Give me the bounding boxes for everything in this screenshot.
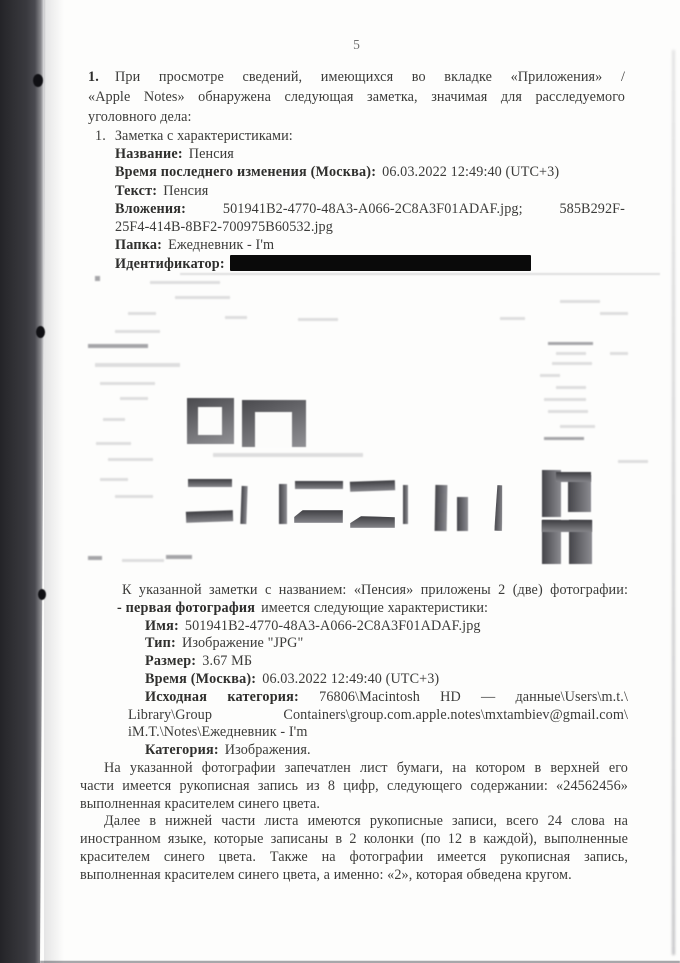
- scan-smudge: [548, 410, 588, 413]
- punch-hole: [33, 74, 43, 87]
- field-value: Ежедневник - I'm: [168, 237, 274, 253]
- attachment-file-1: 501941B2-4770-48A3-A066-2C8A3F01ADAF.jpg…: [223, 200, 523, 218]
- field-label: Категория:: [145, 742, 219, 758]
- intro-line: «Apple Notes» обнаружена следующая замет…: [88, 87, 625, 107]
- photo-glyph-fragment: [542, 520, 592, 532]
- scan-smudge: [122, 559, 164, 562]
- photo-glyph-fragment: [295, 481, 343, 489]
- intro-line: 1.При просмотре сведений, имеющихся во в…: [88, 67, 625, 87]
- path-part: Library\Group: [128, 707, 212, 725]
- scan-smudge: [544, 437, 584, 440]
- scan-smudge: [95, 276, 100, 281]
- scan-smudge: [548, 342, 593, 345]
- scan-smudge: [103, 418, 125, 421]
- scan-smudge: [552, 362, 592, 365]
- scan-smudge: [556, 352, 586, 355]
- field-label: Размер:: [145, 653, 196, 669]
- binder-shadow-band: [0, 0, 46, 963]
- list-title: Заметка с характеристиками:: [115, 128, 293, 144]
- photo-glyph-fragment: [556, 472, 591, 482]
- field-label: Идентификатор:: [115, 256, 225, 272]
- source-category-continuation: Library\GroupContainers\group.com.apple.…: [128, 707, 628, 725]
- field-label: Исходная категория:: [145, 689, 299, 705]
- redaction-bar: [230, 255, 531, 271]
- description-line: выполненная красителем синего цвета, а и…: [80, 867, 628, 885]
- field-label: Текст:: [115, 183, 157, 199]
- path-part: Containers\group.com.apple.notes\mxtambi…: [283, 707, 628, 725]
- scan-smudge: [610, 352, 628, 355]
- photo-glyph-fragment: [240, 486, 247, 524]
- photo-glyph-fragment: [435, 485, 448, 531]
- scan-smudge: [108, 458, 153, 461]
- paragraph-marker: 1.: [88, 69, 99, 85]
- embedded-photo-attachment: [42, 273, 680, 578]
- photo-glyph-fragment: [350, 516, 395, 528]
- photo-field-source-category: Исходная категория: 76806\Macintosh HD —…: [145, 689, 628, 707]
- lower-text-block: К указанной заметки с названием: «Пенсия…: [80, 582, 628, 885]
- page-number: 5: [88, 37, 625, 55]
- photo-field-time: Время (Москва):06.03.2022 12:49:40 (UTC+…: [145, 671, 628, 689]
- field-label: Тип:: [145, 635, 176, 651]
- photo-field-size: Размер:3.67 МБ: [145, 653, 628, 671]
- scan-smudge: [88, 556, 102, 560]
- field-value: 06.03.2022 12:49:40 (UTC+3): [262, 671, 439, 687]
- punch-hole: [38, 589, 46, 600]
- scan-smudge: [544, 398, 586, 401]
- field-label: Название:: [115, 146, 183, 162]
- first-photo-label: - первая фотография: [117, 600, 255, 616]
- scan-smudge: [560, 425, 595, 428]
- description-line: На указанной фотографии запечатлен лист …: [80, 760, 628, 778]
- photo-glyph-fragment: [350, 480, 395, 492]
- field-label: Время (Москва):: [145, 671, 256, 687]
- photo-glyph-fragment: [403, 485, 408, 524]
- note-field-modified: Время последнего изменения (Москва):06.0…: [115, 163, 625, 181]
- scan-smudge: [225, 316, 247, 319]
- scan-smudge: [128, 312, 156, 315]
- photo-glyph-fragment: [494, 485, 504, 531]
- upper-text-block: 5 1.При просмотре сведений, имеющихся во…: [88, 37, 625, 273]
- photo-glyph-fragment: [188, 479, 232, 487]
- scan-smudge: [175, 296, 230, 299]
- list-marker: 1.: [95, 128, 106, 144]
- field-value: Изображения.: [225, 742, 311, 758]
- photo-glyph-fragment: [294, 510, 343, 523]
- field-value: Изображение "JPG": [182, 635, 303, 651]
- description-line: Далее в нижней части листа имеются рукоп…: [80, 813, 628, 831]
- scan-smudge: [96, 442, 131, 445]
- photo-field-name: Имя:501941B2-4770-48A3-A066-2C8A3F01ADAF…: [145, 618, 628, 636]
- intro-text: При просмотре сведений, имеющихся во вкл…: [115, 69, 625, 85]
- scan-smudge: [166, 555, 192, 559]
- note-field-title: Название:Пенсия: [115, 145, 625, 163]
- field-value: Пенсия: [163, 183, 208, 199]
- description-line: выполненная красителем синего цвета.: [80, 796, 628, 814]
- scan-smudge: [120, 397, 148, 400]
- note-field-folder: Папка:Ежедневник - I'm: [115, 236, 625, 254]
- scan-smudge: [150, 281, 220, 284]
- photos-intro-line: - первая фотографияимеется следующие хар…: [117, 600, 628, 618]
- field-label: Вложения:: [115, 200, 186, 218]
- scan-smudge: [560, 300, 600, 303]
- scan-smudge: [115, 495, 153, 498]
- field-value: 3.67 МБ: [202, 653, 252, 669]
- photo-field-type: Тип:Изображение "JPG": [145, 635, 628, 653]
- scan-smudge: [213, 453, 363, 457]
- note-field-attachments: Вложения:501941B2-4770-48A3-A066-2C8A3F0…: [115, 200, 625, 218]
- scan-smudge: [100, 478, 128, 481]
- photo-glyph-box: [242, 400, 306, 447]
- note-list-item: 1.Заметка с характеристиками:: [95, 127, 625, 145]
- description-line: части имеется рукописная запись из 8 циф…: [80, 778, 628, 796]
- scan-smudge: [298, 318, 338, 321]
- description-line: иностранном языке, которые записаны в 2 …: [80, 831, 628, 849]
- intro-line: уголовного дела:: [88, 107, 625, 127]
- scan-smudge: [540, 374, 560, 377]
- scan-smudge: [618, 460, 648, 463]
- scan-smudge: [556, 386, 586, 389]
- scan-smudge: [500, 317, 525, 320]
- attachment-file-2-continuation: 25F4-414B-8BF2-700975B60532.jpg: [115, 218, 625, 236]
- field-value: 76806\Macintosh HD — данные\Users\m.t.\: [319, 689, 628, 705]
- scanned-document-page: { "page_number": "5", "intro": { "marker…: [0, 0, 680, 963]
- photo-glyph-fragment: [279, 484, 287, 524]
- note-field-identifier: Идентификатор:: [115, 255, 625, 273]
- photo-glyph-fragment: [186, 510, 233, 523]
- scan-smudge: [100, 382, 155, 385]
- note-field-text: Текст:Пенсия: [115, 182, 625, 200]
- field-value: Пенсия: [189, 146, 234, 162]
- field-label: Имя:: [145, 618, 179, 634]
- description-line: красителем синего цвета. Также на фотогр…: [80, 849, 628, 867]
- photo-glyph-box: [187, 398, 234, 444]
- source-category-continuation: iM.T.\Notes\Ежедневник - I'm: [128, 724, 628, 742]
- field-label: Папка:: [115, 237, 162, 253]
- field-value: 06.03.2022 12:49:40 (UTC+3): [382, 164, 559, 180]
- photo-glyph-fragment: [457, 497, 468, 531]
- scan-smudge: [600, 312, 628, 315]
- photo-field-category: Категория:Изображения.: [145, 742, 628, 760]
- scan-smudge: [115, 330, 160, 333]
- field-label: Время последнего изменения (Москва):: [115, 164, 376, 180]
- field-value: 501941B2-4770-48A3-A066-2C8A3F01ADAF.jpg: [185, 618, 481, 634]
- scan-smudge: [95, 363, 180, 367]
- scan-smudge: [180, 273, 660, 275]
- attachment-file-2-start: 585B292F-: [559, 200, 625, 218]
- photos-intro-line: К указанной заметки с названием: «Пенсия…: [80, 582, 628, 600]
- scan-smudge: [88, 344, 148, 348]
- first-photo-rest: имеется следующие характеристики:: [261, 600, 488, 616]
